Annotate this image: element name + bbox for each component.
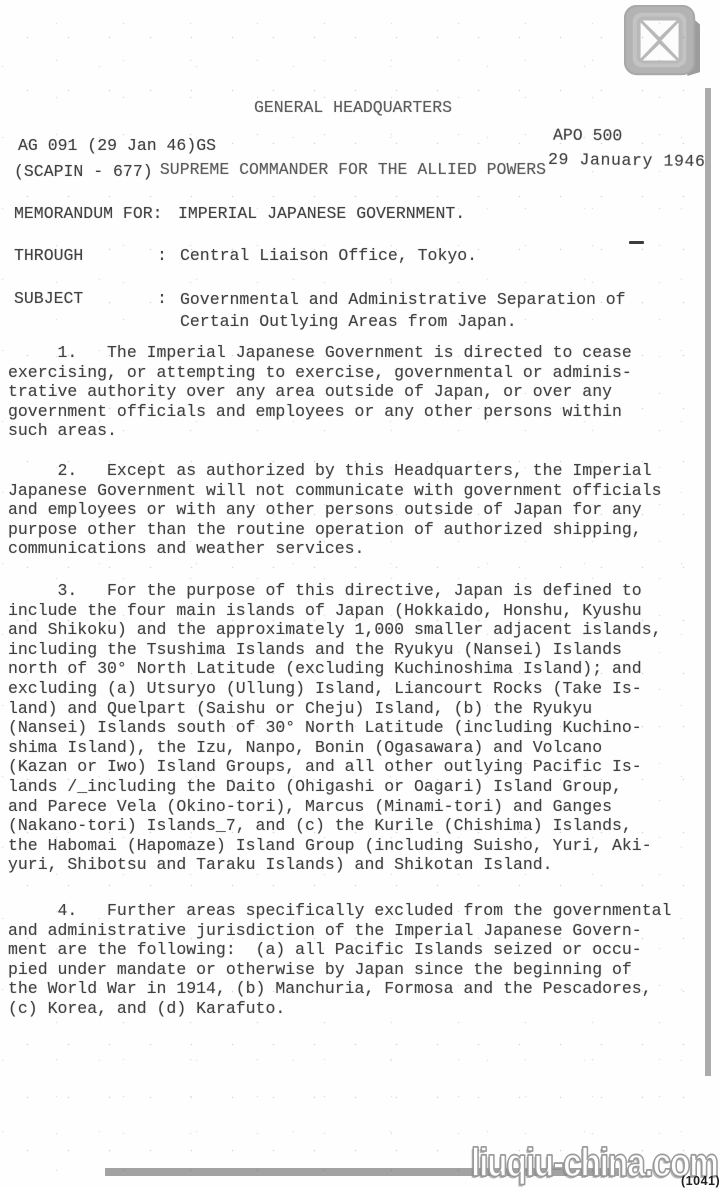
through-separator: :: [157, 246, 167, 266]
document-date: 29 January 1946: [548, 150, 706, 172]
subject-value: Governmental and Administrative Separati…: [180, 289, 626, 333]
broken-image-icon[interactable]: [622, 4, 702, 78]
page-number: (1041): [681, 1174, 720, 1188]
apo-number: APO 500: [553, 126, 623, 146]
through-label: THROUGH: [14, 246, 83, 266]
file-number: AG 091 (29 Jan 46)GS: [18, 136, 216, 156]
subject-label: SUBJECT: [14, 289, 83, 309]
scanned-document-page: GENERAL HEADQUARTERS SUPREME COMMANDER F…: [0, 0, 720, 1188]
page-edge-line: [705, 88, 711, 1076]
letterhead-line-1: GENERAL HEADQUARTERS: [0, 98, 706, 119]
paragraph-4: 4. Further areas specifically excluded f…: [8, 901, 671, 1019]
paragraph-1: 1. The Imperial Japanese Government is d…: [8, 343, 632, 441]
through-value: Central Liaison Office, Tokyo.: [180, 246, 477, 266]
scapin-number: (SCAPIN - 677): [14, 162, 153, 182]
memorandum-for-label: MEMORANDUM FOR:: [14, 204, 163, 224]
paragraph-2: 2. Except as authorized by this Headquar…: [8, 461, 662, 559]
memorandum-for-value: IMPERIAL JAPANESE GOVERNMENT.: [178, 204, 465, 224]
subject-separator: :: [157, 289, 167, 309]
stray-mark: [629, 241, 644, 244]
paragraph-3: 3. For the purpose of this directive, Ja…: [8, 581, 662, 875]
